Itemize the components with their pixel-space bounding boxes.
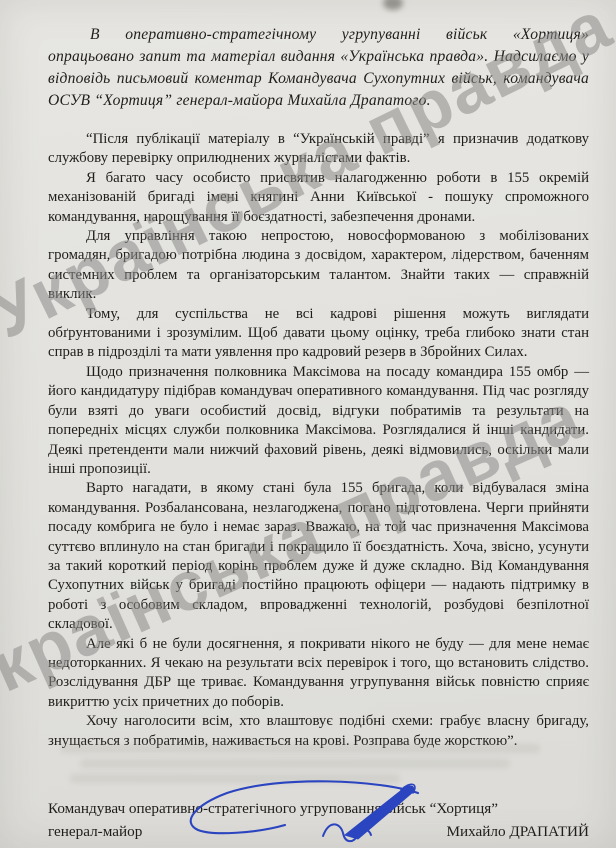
paragraph-7: Але які б не були досягнення, я покриват… [48, 635, 589, 713]
handwritten-signature [165, 778, 425, 848]
scan-smudge [383, 0, 403, 10]
paragraph-2: Я багато часу особисто присвятив налагод… [48, 169, 589, 227]
intro-paragraph: В оперативно-стратегічному угрупуванні в… [48, 24, 589, 112]
signoff-rank: генерал-майор [48, 820, 142, 843]
bleedthrough-line [80, 759, 510, 768]
letter-body: В оперативно-стратегічному угрупуванні в… [48, 24, 589, 843]
paragraph-6: Варто нагадати, в якому стані була 155 б… [48, 479, 589, 634]
signoff-name: Михайло ДРАПАТИЙ [446, 820, 589, 843]
paragraph-5: Щодо призначення полковника Максімова на… [48, 363, 589, 479]
bleedthrough-line [60, 744, 540, 753]
paragraph-1: “Після публікації матеріалу в “Українськ… [48, 130, 589, 169]
paragraph-4: Тому, для суспільства не всі кадрові ріш… [48, 305, 589, 363]
document-page: В оперативно-стратегічному угрупуванні в… [0, 0, 616, 848]
paragraph-3: Для управління такою непростою, новосфор… [48, 227, 589, 305]
